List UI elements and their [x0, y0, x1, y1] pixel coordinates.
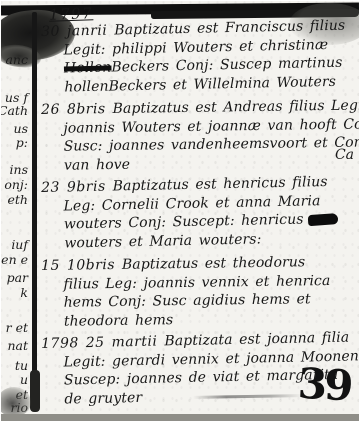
- margin-fragment: us: [14, 122, 28, 135]
- margin-fragment: en e: [1, 253, 28, 266]
- entry-date: 26 8bris: [41, 101, 113, 118]
- page-number: 39: [296, 363, 351, 408]
- margin-fragment: tu: [15, 359, 28, 372]
- ink-blot: [307, 213, 338, 226]
- binding-spine-line: [32, 12, 37, 410]
- entry-date: 1798 25 martii: [41, 333, 165, 352]
- entry-date: 15 10bris: [41, 257, 122, 274]
- margin-fragment: nat: [7, 339, 28, 352]
- baptism-entry: 23 9bris Baptizatus est henricus filiusL…: [41, 172, 359, 253]
- entry-line: theodora hems: [42, 308, 359, 331]
- margin-fragment: anc: [5, 53, 28, 66]
- bottom-edge: [1, 414, 359, 421]
- entry-date: 23 9bris: [41, 179, 113, 196]
- margin-fragment: onj:: [4, 178, 28, 191]
- right-fragment: Ca: [335, 147, 354, 163]
- baptism-entry: 26 8bris Baptizatus est Andreas filius L…: [41, 97, 359, 175]
- margin-fragment: iuf: [11, 238, 28, 251]
- manuscript-scan: ancus fCathusp:insonj:ethiufen eparkr et…: [1, 1, 359, 421]
- margin-fragment: u: [20, 373, 28, 386]
- margin-fragment: k: [20, 286, 28, 299]
- margin-fragment: p:: [16, 136, 28, 149]
- baptism-entry: 30 janrii Baptizatus est Franciscus fili…: [41, 16, 359, 97]
- margin-fragment: r et: [6, 321, 28, 334]
- register-text: 1797 30 janrii Baptizatus est Franciscus…: [41, 4, 359, 413]
- margin-fragment: ins: [10, 163, 28, 176]
- entry-line: van hove: [42, 152, 359, 175]
- entries: 30 janrii Baptizatus est Franciscus fili…: [41, 23, 359, 409]
- margin-fragment: eth: [8, 193, 28, 206]
- entry-date: 30 janrii: [41, 22, 114, 40]
- struck-word: Hollen: [64, 60, 112, 77]
- year-heading: 1797: [49, 4, 94, 24]
- margin-fragment: par: [7, 271, 28, 284]
- margin-fragments: ancus fCathusp:insonj:ethiufen eparkr et…: [1, 1, 30, 421]
- margin-fragment: Cath: [1, 104, 28, 117]
- baptism-entry: 15 10bris Baptizatus est theodorusfilius…: [41, 253, 359, 331]
